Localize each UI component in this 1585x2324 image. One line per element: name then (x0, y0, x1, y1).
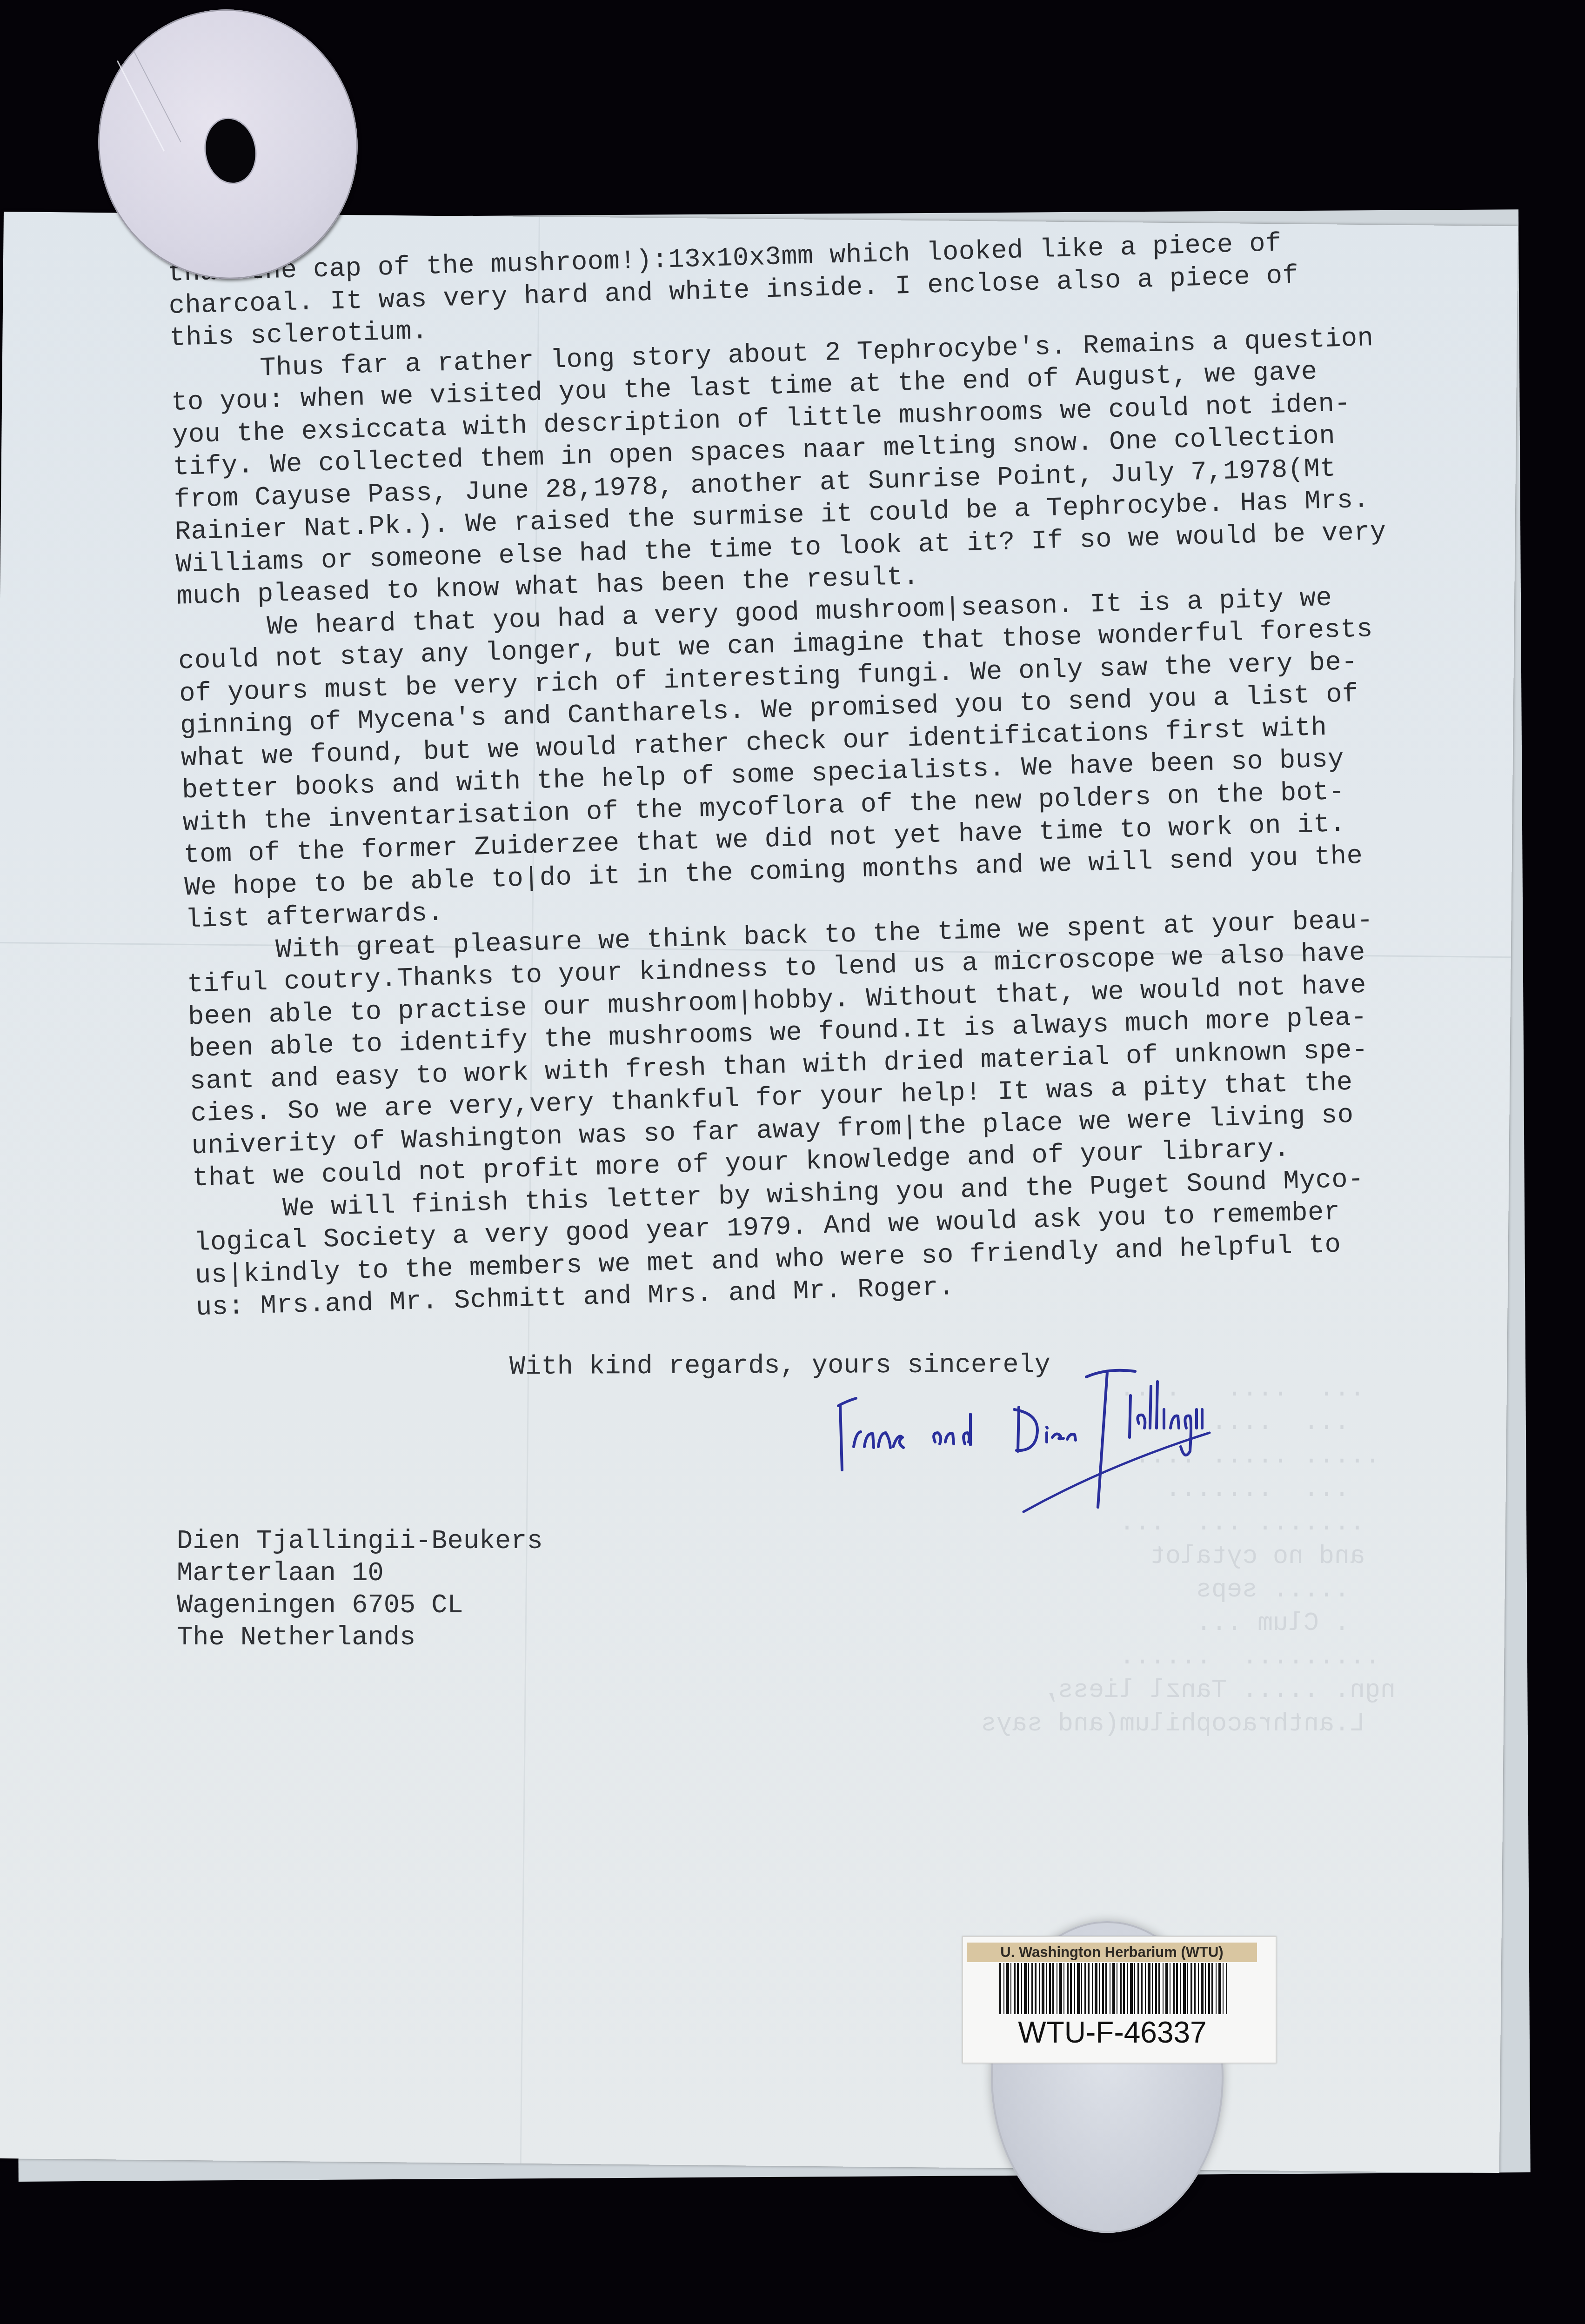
bleed-line: ngn. ..... Tanzl liess, (698, 1674, 1396, 1707)
bleed-line: ......... ...... (698, 1640, 1396, 1674)
handwritten-signature (828, 1358, 1386, 1535)
bleed-line: L.anthracophilum(and says (698, 1707, 1396, 1741)
address-line: Marterlaan 10 (177, 1558, 543, 1590)
herbarium-name: U. Washington Herbarium (WTU) (967, 1943, 1257, 1962)
bleed-line: ..... seps (698, 1573, 1396, 1607)
washer-scratch (117, 51, 181, 152)
catalog-number: WTU-F-46337 (963, 2016, 1262, 2049)
address-line: Dien Tjallingii-Beukers (177, 1526, 543, 1558)
address-line: The Netherlands (177, 1622, 543, 1654)
barcode-icon (999, 1963, 1227, 2014)
letter-body: than the cap of the mushroom!):13x10x3mm… (167, 222, 1545, 1325)
address-line: Wageningen 6705 CL (177, 1590, 543, 1622)
sender-address: Dien Tjallingii-BeukersMarterlaan 10Wage… (177, 1526, 543, 1654)
specimen-barcode-label: U. Washington Herbarium (WTU) WTU-F-4633… (962, 1936, 1277, 2064)
bleed-line: and no cytalot (698, 1540, 1396, 1573)
bleed-line: . Clum ... (698, 1607, 1396, 1640)
washer-hole (201, 115, 260, 187)
